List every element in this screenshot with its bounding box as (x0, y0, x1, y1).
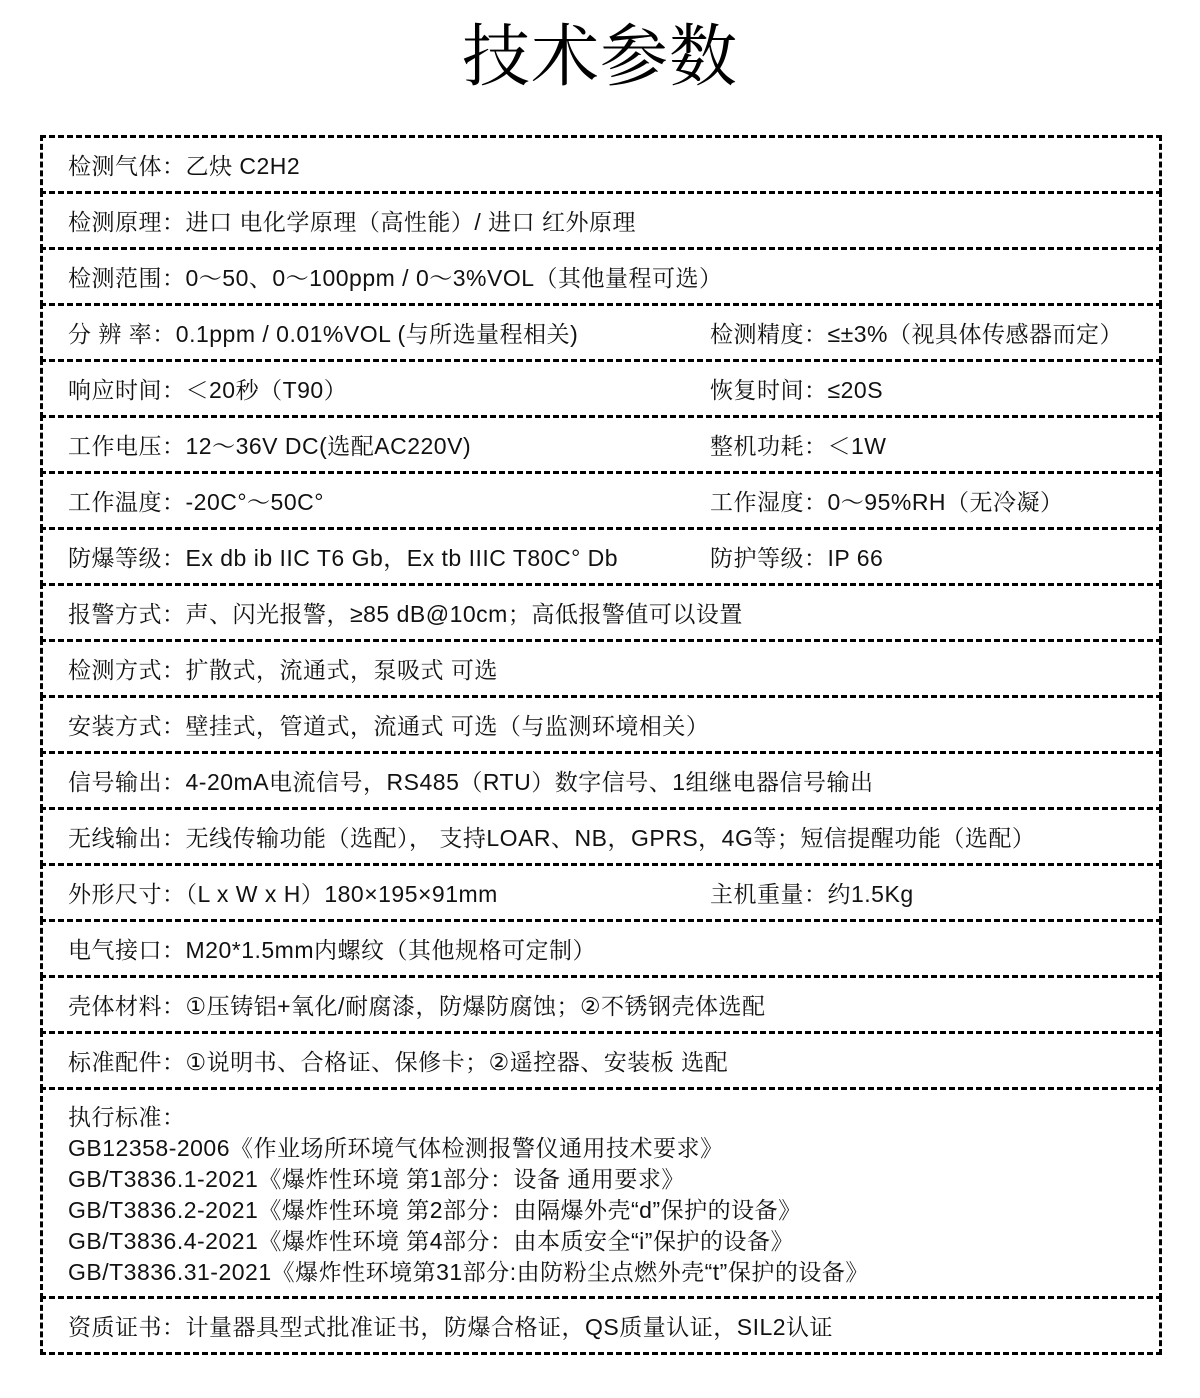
standard-line: GB12358-2006《作业场所环境气体检测报警仪通用技术要求》 (68, 1133, 1145, 1164)
standard-line: GB/T3836.4-2021《爆炸性环境 第4部分：由本质安全“i”保护的设备… (68, 1226, 1145, 1257)
spec-weight: 主机重量：约1.5Kg (710, 876, 1145, 909)
spec-dimensions: 外形尺寸：（L x W x H）180×195×91mm (68, 876, 710, 909)
spec-row-certifications: 资质证书：计量器具型式批准证书，防爆合格证，QS质量认证，SIL2认证 (40, 1296, 1162, 1355)
spec-response-time: 响应时间：＜20秒（T90） (68, 372, 710, 405)
spec-text: 报警方式：声、闪光报警，≥85 dB@10cm；高低报警值可以设置 (68, 596, 743, 629)
spec-recovery-time: 恢复时间：≤20S (710, 372, 1145, 405)
spec-ip-rating: 防护等级：IP 66 (710, 540, 1145, 573)
spec-text: 电气接口：M20*1.5mm内螺纹（其他规格可定制） (68, 932, 596, 965)
spec-row-alarm-mode: 报警方式：声、闪光报警，≥85 dB@10cm；高低报警值可以设置 (40, 583, 1162, 642)
spec-row-temperature-humidity: 工作温度：-20C°～50C° 工作湿度：0～95%RH（无冷凝） (40, 471, 1162, 530)
spec-humidity: 工作湿度：0～95%RH（无冷凝） (710, 484, 1145, 517)
spec-row-detect-range: 检测范围：0～50、0～100ppm / 0～3%VOL（其他量程可选） (40, 247, 1162, 306)
spec-temperature: 工作温度：-20C°～50C° (68, 484, 710, 517)
spec-row-dimensions-weight: 外形尺寸：（L x W x H）180×195×91mm 主机重量：约1.5Kg (40, 863, 1162, 922)
spec-row-voltage-power: 工作电压：12～36V DC(选配AC220V) 整机功耗：＜1W (40, 415, 1162, 474)
spec-row-detect-mode: 检测方式：扩散式，流通式，泵吸式 可选 (40, 639, 1162, 698)
spec-text: 安装方式：壁挂式，管道式，流通式 可选（与监测环境相关） (68, 708, 709, 741)
spec-row-electrical-interface: 电气接口：M20*1.5mm内螺纹（其他规格可定制） (40, 919, 1162, 978)
page-title: 技术参数 (0, 0, 1200, 96)
spec-row-wireless-output: 无线输出：无线传输功能（选配）， 支持LOAR、NB，GPRS，4G等；短信提醒… (40, 807, 1162, 866)
spec-row-execution-standards: 执行标准： GB12358-2006《作业场所环境气体检测报警仪通用技术要求》 … (40, 1087, 1162, 1299)
spec-accuracy: 检测精度：≤±3%（视具体传感器而定） (710, 316, 1145, 349)
spec-sheet-page: 技术参数 检测气体：乙炔 C2H2 检测原理：进口 电化学原理（高性能）/ 进口… (0, 0, 1200, 1398)
spec-row-shell-material: 壳体材料：①压铸铝+氧化/耐腐漆，防爆防腐蚀；②不锈钢壳体选配 (40, 975, 1162, 1034)
standard-line: GB/T3836.1-2021《爆炸性环境 第1部分：设备 通用要求》 (68, 1164, 1145, 1195)
standard-line: GB/T3836.31-2021《爆炸性环境第31部分:由防粉尘点燃外壳“t”保… (68, 1257, 1145, 1288)
spec-power: 整机功耗：＜1W (710, 428, 1145, 461)
spec-row-detect-principle: 检测原理：进口 电化学原理（高性能）/ 进口 红外原理 (40, 191, 1162, 250)
spec-row-resolution-accuracy: 分 辨 率：0.1ppm / 0.01%VOL (与所选量程相关) 检测精度：≤… (40, 303, 1162, 362)
spec-row-response-recovery: 响应时间：＜20秒（T90） 恢复时间：≤20S (40, 359, 1162, 418)
spec-text: 信号输出：4-20mA电流信号，RS485（RTU）数字信号、1组继电器信号输出 (68, 764, 874, 797)
spec-text: 检测气体：乙炔 C2H2 (68, 148, 300, 181)
spec-row-explosion-ip: 防爆等级：Ex db ib IIC T6 Gb，Ex tb IIIC T80C°… (40, 527, 1162, 586)
standard-line: GB/T3836.2-2021《爆炸性环境 第2部分：由隔爆外壳“d”保护的设备… (68, 1195, 1145, 1226)
spec-row-install-mode: 安装方式：壁挂式，管道式，流通式 可选（与监测环境相关） (40, 695, 1162, 754)
spec-table: 检测气体：乙炔 C2H2 检测原理：进口 电化学原理（高性能）/ 进口 红外原理… (40, 135, 1162, 1355)
spec-explosion-rating: 防爆等级：Ex db ib IIC T6 Gb，Ex tb IIIC T80C°… (68, 540, 710, 573)
spec-text: 检测原理：进口 电化学原理（高性能）/ 进口 红外原理 (68, 204, 636, 237)
spec-resolution: 分 辨 率：0.1ppm / 0.01%VOL (与所选量程相关) (68, 316, 710, 349)
spec-row-standard-accessories: 标准配件：①说明书、合格证、保修卡；②遥控器、安装板 选配 (40, 1031, 1162, 1090)
spec-text: 无线输出：无线传输功能（选配）， 支持LOAR、NB，GPRS，4G等；短信提醒… (68, 820, 1035, 853)
spec-text: 壳体材料：①压铸铝+氧化/耐腐漆，防爆防腐蚀；②不锈钢壳体选配 (68, 988, 766, 1021)
standard-line: 执行标准： (68, 1102, 1145, 1133)
spec-text: 检测范围：0～50、0～100ppm / 0～3%VOL（其他量程可选） (68, 260, 723, 293)
spec-row-detect-gas: 检测气体：乙炔 C2H2 (40, 135, 1162, 194)
spec-text: 检测方式：扩散式，流通式，泵吸式 可选 (68, 652, 498, 685)
spec-row-signal-output: 信号输出：4-20mA电流信号，RS485（RTU）数字信号、1组继电器信号输出 (40, 751, 1162, 810)
spec-text: 资质证书：计量器具型式批准证书，防爆合格证，QS质量认证，SIL2认证 (68, 1309, 833, 1342)
spec-text: 标准配件：①说明书、合格证、保修卡；②遥控器、安装板 选配 (68, 1044, 728, 1077)
spec-voltage: 工作电压：12～36V DC(选配AC220V) (68, 428, 710, 461)
